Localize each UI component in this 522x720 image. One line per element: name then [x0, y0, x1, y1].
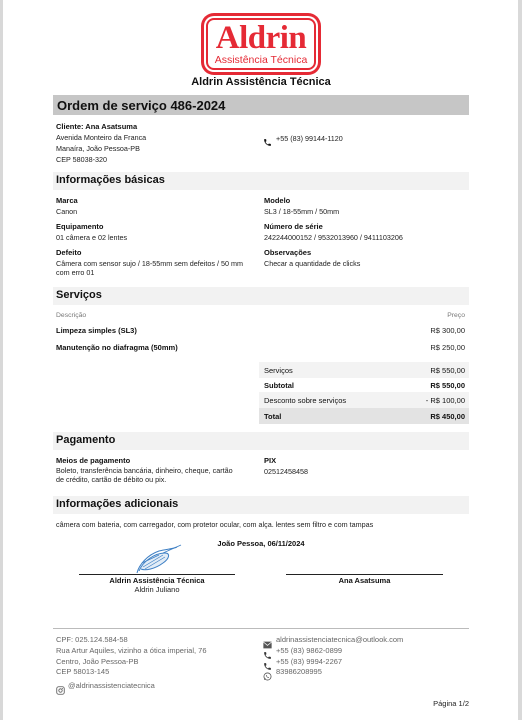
footer-instagram[interactable]: @aldrinassistenciatecnica — [68, 681, 155, 692]
client-address-line1: Avenida Monteiro da Franca — [56, 133, 146, 143]
section-services: Serviços — [53, 287, 469, 305]
company-name: Aldrin Assistência Técnica — [0, 76, 522, 88]
signature-line-left — [79, 574, 235, 575]
section-payment: Pagamento — [53, 432, 469, 450]
signature-left-subname: Aldrin Juliano — [79, 585, 235, 595]
field-label-equipment: Equipamento — [56, 222, 104, 232]
section-additional: Informações adicionais — [53, 496, 469, 514]
col-header-description: Descrição — [56, 311, 86, 321]
footer-whatsapp: 83986208995 — [276, 667, 322, 678]
page-edge-left — [0, 0, 3, 720]
field-label-serial: Número de série — [264, 222, 323, 232]
service-description: Manutenção no diafragma (50mm) — [56, 343, 178, 353]
service-price: R$ 300,00 — [430, 326, 465, 336]
footer-cpf: CPF: 025.124.584-58 — [56, 635, 128, 646]
logo-sub-text: Assistência Técnica — [208, 55, 314, 66]
client-address-line2: Manaíra, João Pessoa-PB — [56, 144, 140, 154]
footer-address-line1: Rua Artur Aquiles, vizinho a ótica imper… — [56, 646, 207, 657]
col-header-price: Preço — [447, 311, 465, 321]
footer-address-line2: Centro, João Pessoa-PB — [56, 657, 139, 668]
section-title: Informações adicionais — [56, 498, 178, 510]
instagram-icon — [56, 682, 65, 700]
summary-row-total: Total R$ 450,00 — [259, 408, 469, 424]
field-value-defect-line2: com erro 01 — [56, 268, 94, 278]
summary-row-services: Serviços R$ 550,00 — [259, 362, 469, 378]
whatsapp-icon — [263, 668, 272, 686]
footer-phone1: +55 (83) 9862-0899 — [276, 646, 342, 657]
payment-methods-line2: de crédito, cartão de débito ou pix. — [56, 475, 166, 485]
service-price: R$ 250,00 — [430, 343, 465, 353]
section-title: Informações básicas — [56, 174, 165, 186]
section-title: Serviços — [56, 289, 102, 301]
field-label-notes: Observações — [264, 248, 311, 258]
signature-right-name: Ana Asatsuma — [286, 576, 443, 586]
page-number: Página 1/2 — [433, 699, 469, 709]
footer-phone2: +55 (83) 9994-2267 — [276, 657, 342, 668]
field-value-equipment: 01 câmera e 02 lentes — [56, 233, 127, 243]
client-phone: +55 (83) 99144-1120 — [276, 134, 343, 144]
phone-icon — [263, 134, 272, 152]
client-cep: CEP 58038-320 — [56, 155, 107, 165]
field-label-brand: Marca — [56, 196, 78, 206]
company-logo: Aldrin Assistência Técnica — [201, 13, 321, 75]
field-value-notes: Checar a quantidade de clicks — [264, 259, 360, 269]
field-label-defect: Defeito — [56, 248, 81, 258]
field-value-model: SL3 / 18-55mm / 50mm — [264, 207, 339, 217]
field-value-serial: 242244000152 / 9532013960 / 9411103206 — [264, 233, 403, 243]
additional-text: câmera com bateria, com carregador, com … — [56, 520, 373, 530]
pix-label: PIX — [264, 456, 276, 466]
signature-line-right — [286, 574, 443, 575]
service-description: Limpeza simples (SL3) — [56, 326, 137, 336]
payment-methods-label: Meios de pagamento — [56, 456, 130, 466]
client-name: Cliente: Ana Asatsuma — [56, 122, 137, 132]
section-title: Pagamento — [56, 434, 115, 446]
logo-main-text: Aldrin — [208, 22, 314, 55]
summary-row-subtotal: Subtotal R$ 550,00 — [259, 377, 469, 393]
order-title-bar: Ordem de serviço 486-2024 — [53, 95, 469, 115]
summary-row-discount: Desconto sobre serviços - R$ 100,00 — [259, 392, 469, 408]
footer-cep: CEP 58013-145 — [56, 667, 109, 678]
footer-divider — [53, 628, 469, 629]
field-label-model: Modelo — [264, 196, 290, 206]
section-basic-info: Informações básicas — [53, 172, 469, 190]
scrollbar[interactable] — [518, 0, 522, 720]
footer-email[interactable]: aldrinassistenciatecnica@outlook.com — [276, 635, 403, 646]
field-value-brand: Canon — [56, 207, 77, 217]
pix-value: 02512458458 — [264, 467, 308, 477]
order-title: Ordem de serviço 486-2024 — [57, 98, 225, 113]
place-date: João Pessoa, 06/11/2024 — [0, 539, 522, 549]
